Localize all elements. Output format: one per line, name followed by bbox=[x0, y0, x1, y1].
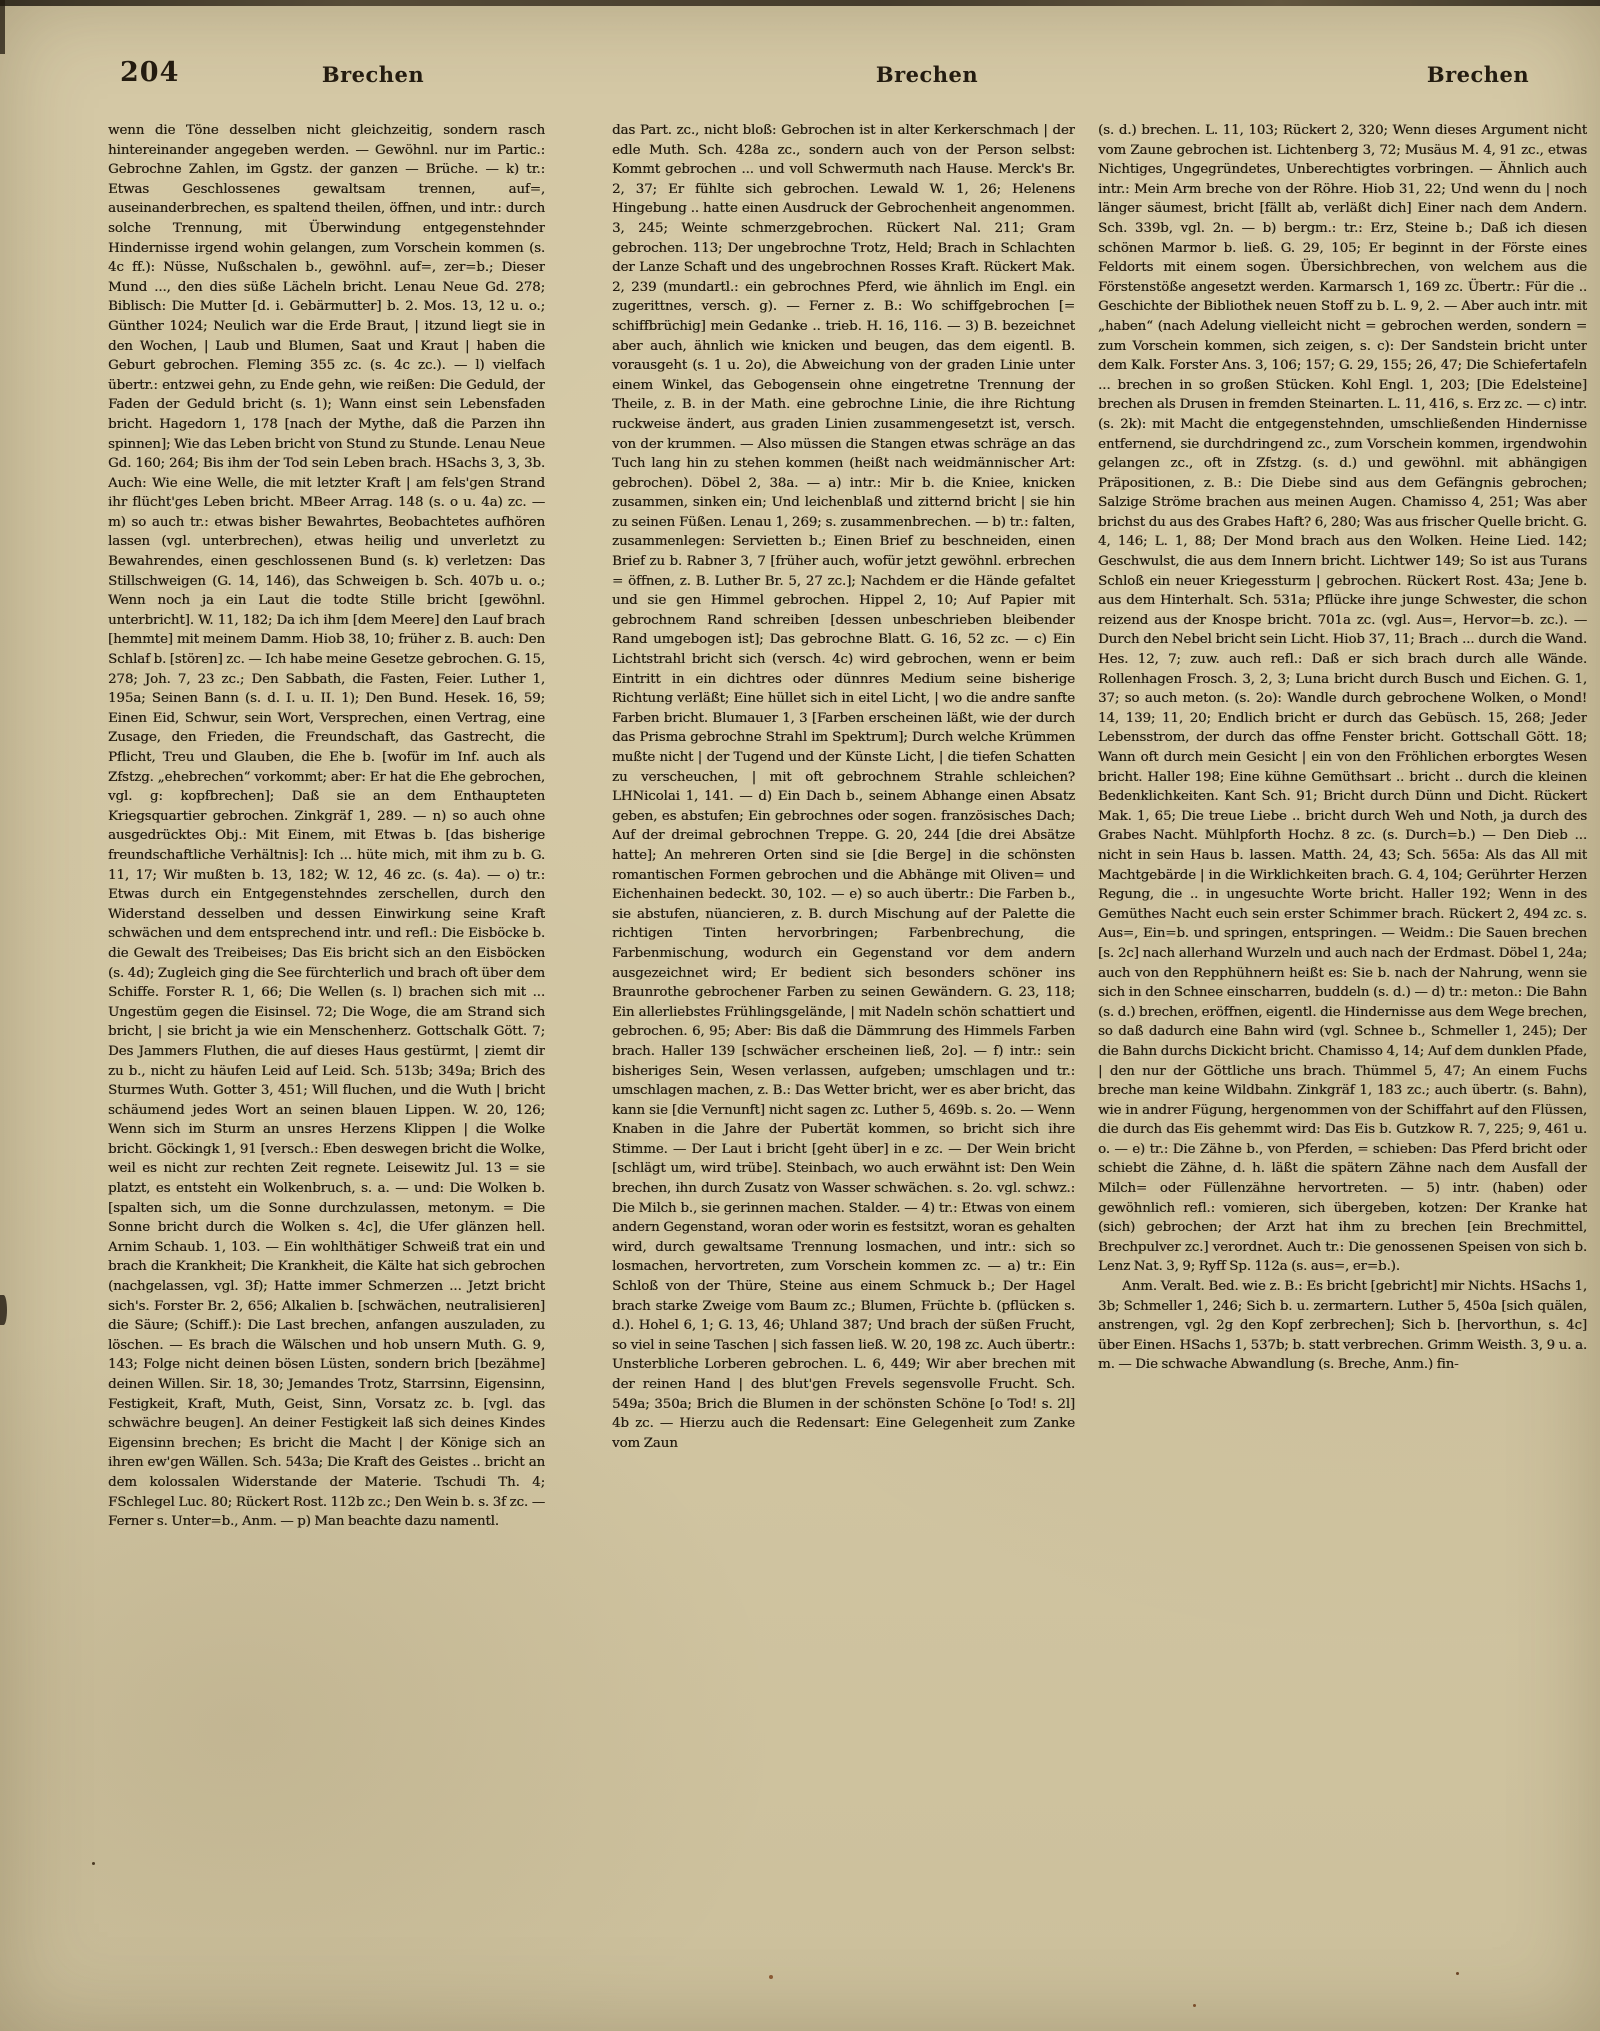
running-head-right: Brechen bbox=[1427, 62, 1529, 87]
dictionary-page-scan: 204 Brechen Brechen Brechen wenn die Tön… bbox=[0, 0, 1600, 2031]
ink-speck bbox=[1193, 2004, 1196, 2007]
column-text: (s. d.) brechen. L. 11, 103; Rückert 2, … bbox=[1098, 121, 1587, 1277]
scan-edge-blemish bbox=[0, 1295, 7, 1325]
column-text: das Part. zc., nicht bloß: Gebrochen ist… bbox=[612, 121, 1075, 1453]
text-column-right: (s. d.) brechen. L. 11, 103; Rückert 2, … bbox=[1098, 121, 1587, 1899]
running-head-middle: Brechen bbox=[876, 62, 978, 87]
page-number: 204 bbox=[120, 57, 179, 88]
column-text: wenn die Töne desselben nicht gleichzeit… bbox=[108, 121, 545, 1532]
scan-edge-top bbox=[0, 0, 1600, 6]
ink-speck bbox=[330, 74, 333, 76]
ink-speck bbox=[769, 1975, 773, 1979]
ink-speck bbox=[92, 1862, 95, 1865]
text-column-left: wenn die Töne desselben nicht gleichzeit… bbox=[108, 121, 545, 1899]
column-text-anmerkung: Anm. Veralt. Bed. wie z. B.: Es bricht [… bbox=[1098, 1277, 1587, 1375]
running-head-left: Brechen bbox=[322, 62, 424, 87]
text-column-middle: das Part. zc., nicht bloß: Gebrochen ist… bbox=[612, 121, 1075, 1899]
ink-speck bbox=[1456, 1972, 1459, 1975]
scan-edge-left bbox=[0, 0, 5, 54]
